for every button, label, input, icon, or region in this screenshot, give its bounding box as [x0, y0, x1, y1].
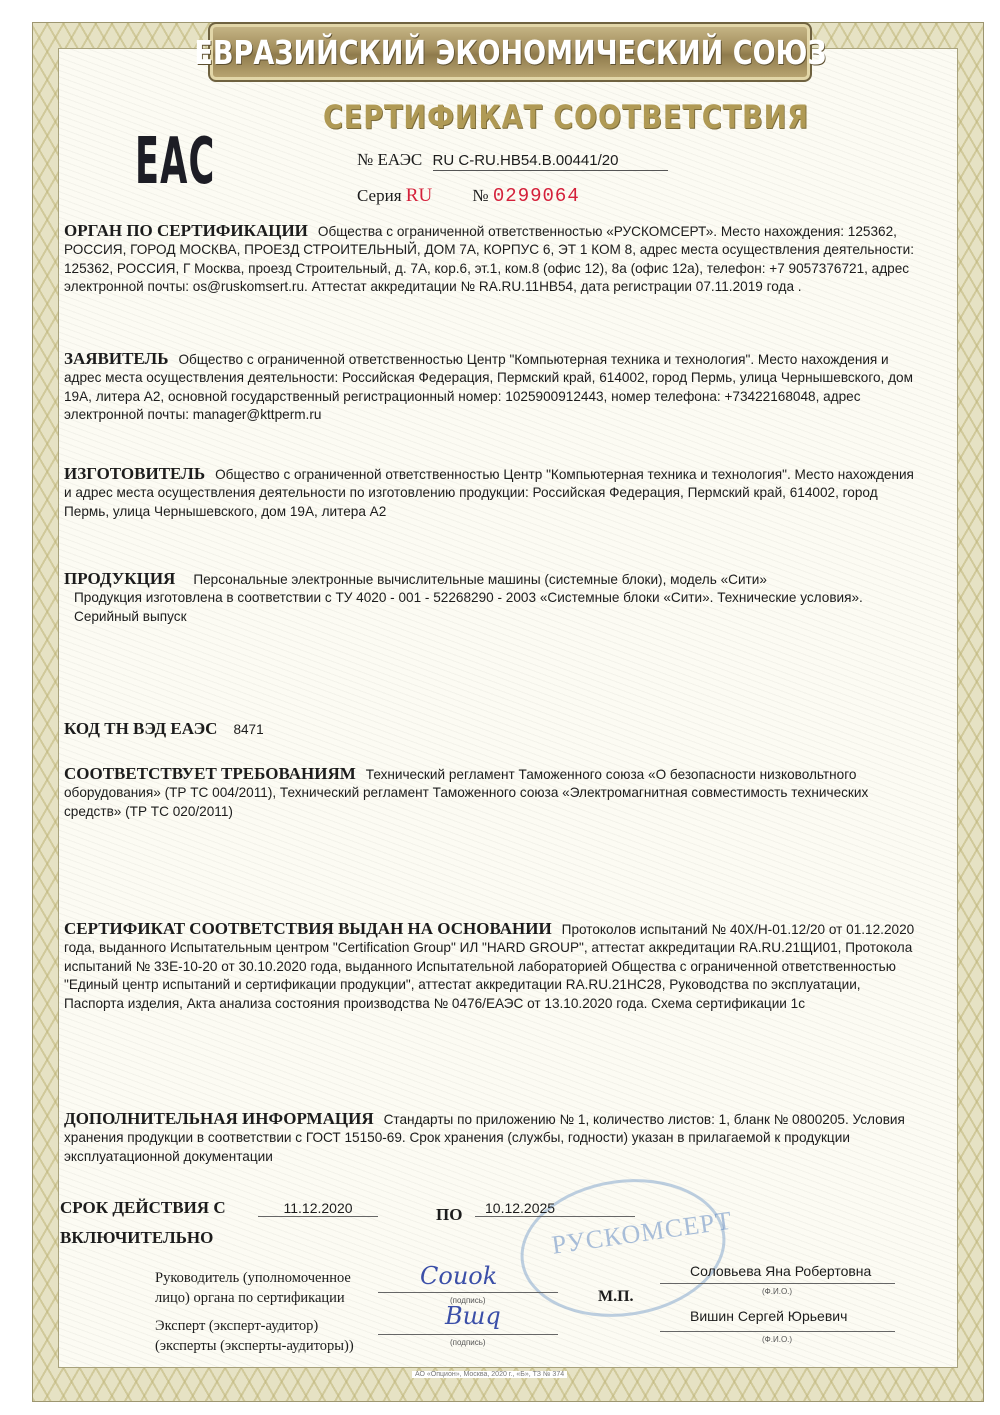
expert-signature: Вшq [445, 1302, 501, 1330]
union-banner: ЕВРАЗИЙСКИЙ ЭКОНОМИЧЕСКИЙ СОЮЗ [208, 22, 812, 82]
printer-imprint: АО «Опцион», Москва, 2020 г., «Б», ТЗ № … [412, 1371, 567, 1378]
series-label: Серия [357, 186, 402, 205]
section-heading: СЕРТИФИКАТ СООТВЕТСТВИЯ ВЫДАН НА ОСНОВАН… [64, 919, 552, 938]
section-text: Общество с ограниченной ответственностью… [64, 352, 913, 422]
fio-caption: (Ф.И.О.) [762, 1287, 792, 1296]
validity-to-label: ПО [436, 1205, 462, 1225]
expert-name-line [660, 1331, 895, 1332]
head-label-line2: лицо) органа по сертификации [155, 1288, 351, 1308]
section-heading: ОРГАН ПО СЕРТИФИКАЦИИ [64, 221, 308, 240]
head-label: Руководитель (уполномоченное лицо) орган… [155, 1268, 351, 1308]
section-hs-code: КОД ТН ВЭД ЕАЭС8471 [64, 720, 924, 739]
validity-from-label: СРОК ДЕЙСТВИЯ С [60, 1198, 226, 1217]
validity-from-date: 11.12.2020 [258, 1200, 378, 1217]
section-heading: ИЗГОТОВИТЕЛЬ [64, 464, 205, 483]
certificate-title: СЕРТИФИКАТ СООТВЕТСТВИЯ [323, 98, 697, 136]
seal-label: М.П. [598, 1288, 634, 1306]
expert-signature-line [378, 1334, 558, 1335]
certificate-number: № ЕАЭС RU C-RU.HB54.B.00441/20 [357, 150, 668, 171]
expert-label: Эксперт (эксперт-аудитор) (эксперты (экс… [155, 1316, 354, 1356]
validity-block: СРОК ДЕЙСТВИЯ С [60, 1198, 226, 1218]
blank-number: 0299064 [493, 185, 580, 207]
section-heading: ЗАЯВИТЕЛЬ [64, 349, 168, 368]
sign-caption: (подпись) [450, 1338, 486, 1347]
validity-inclusive-label: ВКЛЮЧИТЕЛЬНО [60, 1228, 213, 1248]
number-value: RU C-RU.HB54.B.00441/20 [433, 152, 668, 171]
expert-label-line2: (эксперты (эксперты-аудиторы)) [155, 1336, 354, 1356]
head-name-line [660, 1283, 895, 1284]
head-signature-line [378, 1292, 558, 1293]
product-name: Персональные электронные вычислительные … [193, 572, 767, 587]
section-heading: ПРОДУКЦИЯ [64, 569, 175, 588]
head-signature: Соиоk [420, 1262, 497, 1290]
product-release: Серийный выпуск [64, 608, 924, 626]
section-heading: КОД ТН ВЭД ЕАЭС [64, 719, 217, 738]
blank-label: № [472, 186, 488, 205]
head-label-line1: Руководитель (уполномоченное [155, 1268, 351, 1288]
section-heading: СООТВЕТСТВУЕТ ТРЕБОВАНИЯМ [64, 764, 356, 783]
section-issued-basis: СЕРТИФИКАТ СООТВЕТСТВИЯ ВЫДАН НА ОСНОВАН… [64, 920, 924, 1013]
section-heading: ДОПОЛНИТЕЛЬНАЯ ИНФОРМАЦИЯ [64, 1109, 374, 1128]
eac-logo: ЕАС [135, 125, 215, 199]
validity-to-date: 10.12.2025 [475, 1200, 635, 1217]
fio-caption: (Ф.И.О.) [762, 1335, 792, 1344]
section-additional-info: ДОПОЛНИТЕЛЬНАЯ ИНФОРМАЦИЯСтандарты по пр… [64, 1110, 924, 1166]
expert-label-line1: Эксперт (эксперт-аудитор) [155, 1316, 354, 1336]
union-title: ЕВРАЗИЙСКИЙ ЭКОНОМИЧЕСКИЙ СОЮЗ [194, 33, 826, 72]
head-name: Соловьева Яна Робертовна [690, 1263, 871, 1279]
series-value: RU [406, 185, 432, 206]
section-product: ПРОДУКЦИЯПерсональные электронные вычисл… [64, 570, 924, 626]
hs-code-value: 8471 [233, 722, 263, 737]
section-requirements: СООТВЕТСТВУЕТ ТРЕБОВАНИЯМТехнический рег… [64, 765, 924, 821]
expert-name: Вишин Сергей Юрьевич [690, 1308, 847, 1324]
section-applicant: ЗАЯВИТЕЛЬОбщество с ограниченной ответст… [64, 350, 924, 425]
section-certification-body: ОРГАН ПО СЕРТИФИКАЦИИОбщества с ограниче… [64, 222, 924, 297]
section-manufacturer: ИЗГОТОВИТЕЛЬОбщество с ограниченной отве… [64, 465, 924, 521]
series-line: Серия RU № 0299064 [357, 185, 580, 207]
product-standard: Продукция изготовлена в соответствии с Т… [64, 589, 924, 607]
number-label: № ЕАЭС [357, 150, 422, 169]
